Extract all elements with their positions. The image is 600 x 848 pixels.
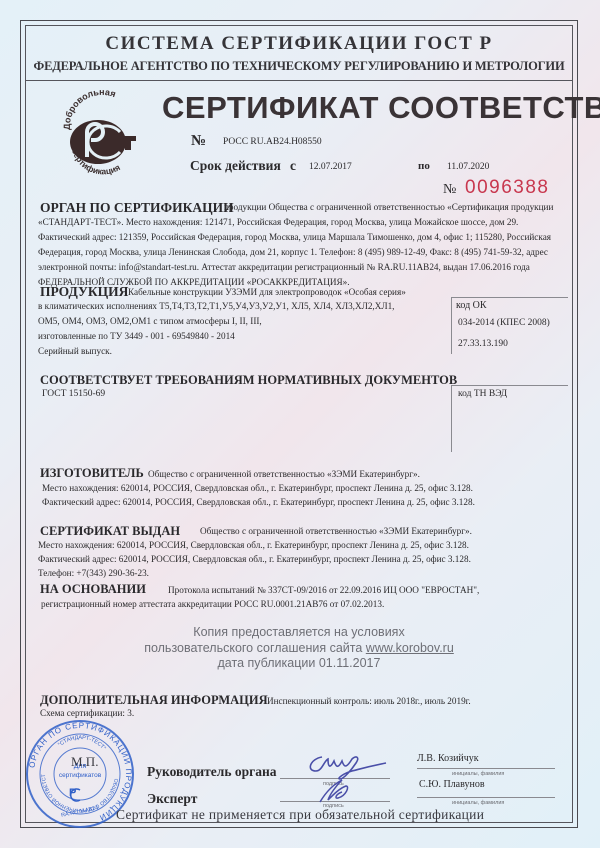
agency-title: ФЕДЕРАЛЬНОЕ АГЕНТСТВО ПО ТЕХНИЧЕСКОМУ РЕ… (25, 59, 573, 74)
code-tnved-label: код ТН ВЭД (458, 389, 507, 399)
conformity-heading: СООТВЕТСТВУЕТ ТРЕБОВАНИЯМ НОРМАТИВНЫХ ДО… (40, 373, 457, 388)
expert-name-line (417, 797, 555, 798)
expert-label: Эксперт (147, 791, 197, 807)
validity-to-label: по (418, 160, 430, 172)
certification-body-heading: ОРГАН ПО СЕРТИФИКАЦИИ (40, 200, 234, 216)
basis-heading: НА ОСНОВАНИИ (40, 582, 146, 597)
certification-body-line: «СТАНДАРТ-ТЕСТ». Место нахождения: 12147… (38, 215, 518, 231)
product-line: в климатических исполнениях Т5,Т4,Т3,Т2,… (38, 299, 394, 315)
mandatory-certification-note: Сертификат не применяется при обязательн… (116, 807, 484, 823)
head-label: Руководитель органа (147, 764, 277, 780)
expert-name: С.Ю. Плавунов (419, 779, 485, 790)
certification-body-line: Фактический адрес: 121359, Российская Фе… (38, 230, 551, 246)
basis-line: регистрационный номер аттестата аккредит… (41, 597, 384, 613)
blank-number-label: № (443, 182, 456, 198)
name-caption: инициалы, фамилия (452, 771, 504, 777)
copy-notice-line: Копия предоставляется на условиях (25, 625, 573, 641)
manufacturer-line: Фактический адрес: 620014, РОССИЯ, Сверд… (42, 495, 475, 511)
issued-to-line: Телефон: +7(343) 290-36-23. (38, 566, 149, 582)
rst-logo-icon: Добровольная сертификация (60, 90, 144, 180)
standard-reference: ГОСТ 15150-69 (42, 389, 105, 399)
seal-place-label: М.П. (71, 754, 98, 770)
certification-body-line: продукции Общества с ограниченной ответс… (224, 200, 553, 216)
inspection-control: Инспекционный контроль: июль 2018г., июл… (267, 694, 471, 710)
code-ok-value: 034-2014 (КПЕС 2008) (458, 318, 550, 328)
product-line: Серийный выпуск. (38, 344, 112, 360)
copy-notice: Копия предоставляется на условиях пользо… (25, 625, 573, 672)
code-ok-label: код ОК (456, 300, 487, 311)
product-line: ОМ5, ОМ4, ОМ3, ОМ2,ОМ1 с типом атмосферы… (38, 314, 262, 330)
publication-date: дата публикации 01.11.2017 (25, 656, 573, 672)
copy-notice-prefix: пользовательского соглашения сайта (144, 641, 366, 655)
signature-icon (316, 776, 356, 806)
rst-logo: Добровольная сертификация (60, 90, 144, 180)
svg-text:сертификатов: сертификатов (59, 772, 102, 779)
korobov-link[interactable]: www.korobov.ru (366, 641, 454, 655)
product-line: изготовленные по ТУ 3449 - 001 - 6954984… (38, 329, 235, 345)
validity-from-label: с (290, 158, 296, 174)
header-divider (25, 80, 573, 81)
number-label: № (191, 133, 206, 150)
issued-to-heading: СЕРТИФИКАТ ВЫДАН (40, 524, 180, 539)
certification-body-line: электронной почты: info@standart-test.ru… (38, 260, 530, 276)
head-name-line (417, 768, 555, 769)
valid-to-date: 11.07.2020 (447, 162, 489, 172)
name-caption: инициалы, фамилия (452, 800, 504, 806)
document-title: СЕРТИФИКАТ СООТВЕТСТВИЯ (162, 90, 600, 126)
validity-label: Срок действия (190, 158, 281, 174)
blank-serial-number: 0096388 (465, 177, 549, 199)
expert-signature (316, 776, 356, 811)
product-heading: ПРОДУКЦИЯ (40, 284, 128, 300)
certificate-number: РОСС RU.АВ24.Н08550 (223, 137, 322, 147)
head-name: Л.В. Козийчук (417, 753, 479, 764)
copy-notice-line: пользовательского соглашения сайта www.k… (25, 641, 573, 657)
certification-body-line: Федерация, город Москва, улица Ленинская… (38, 245, 548, 261)
code-ok-value: 27.33.13.190 (458, 339, 508, 349)
valid-from-date: 12.07.2017 (309, 162, 352, 172)
system-title: СИСТЕМА СЕРТИФИКАЦИИ ГОСТ Р (25, 33, 573, 55)
manufacturer-heading: ИЗГОТОВИТЕЛЬ (40, 466, 144, 481)
